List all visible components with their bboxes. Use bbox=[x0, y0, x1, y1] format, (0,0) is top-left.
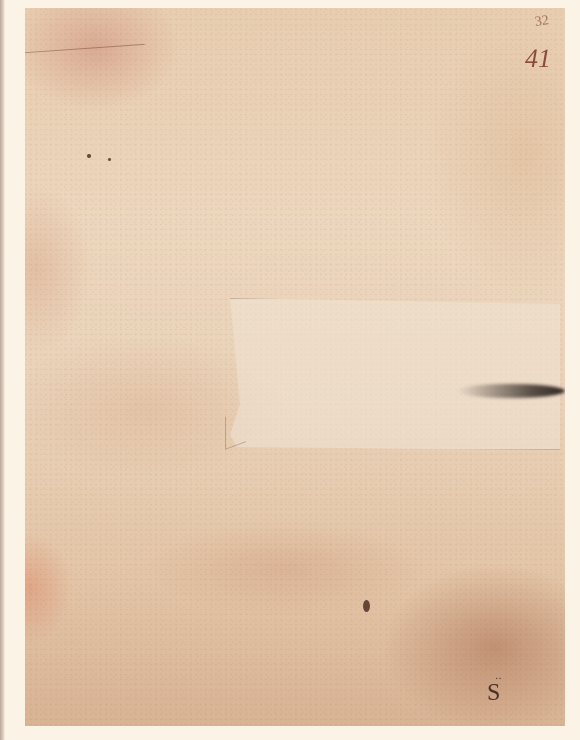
ink-smudge bbox=[457, 384, 565, 398]
ink-speck bbox=[108, 158, 111, 161]
ink-stain bbox=[363, 600, 370, 612]
folio-number: 41 bbox=[525, 44, 551, 74]
ink-speck bbox=[87, 154, 91, 158]
document-page: 32 41 ·· S bbox=[25, 8, 565, 726]
folio-number-small: 32 bbox=[534, 13, 550, 31]
repair-patch bbox=[230, 298, 560, 450]
scan-edge bbox=[0, 0, 5, 740]
signature-mark: S bbox=[487, 680, 500, 707]
